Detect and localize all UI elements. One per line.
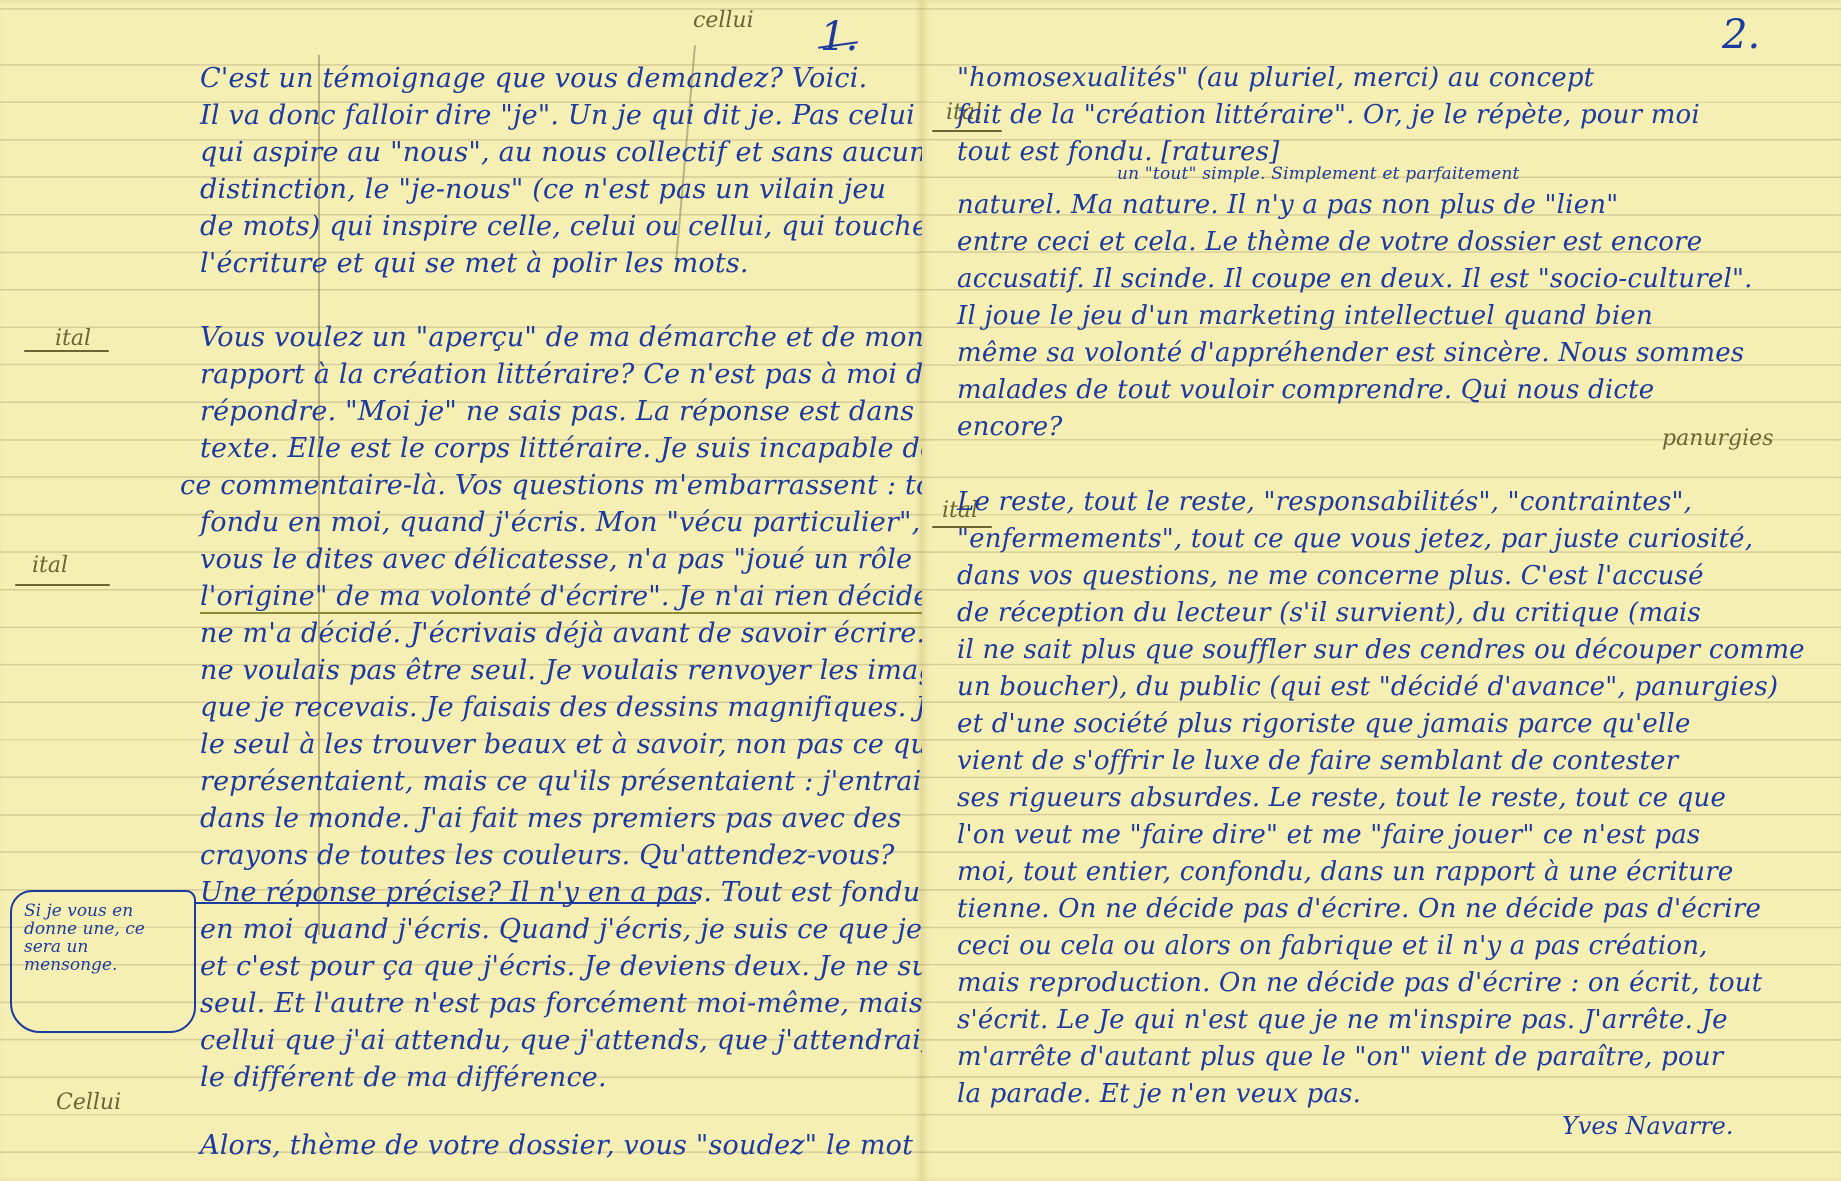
text-line: vous le dites avec délicatesse, n'a pas …: [200, 544, 922, 575]
text-line: même sa volonté d'appréhender est sincèr…: [957, 338, 1744, 368]
text-line: ce commentaire-là. Vos questions m'embar…: [180, 470, 922, 501]
text-line: et c'est pour ça que j'écris. Je deviens…: [200, 951, 922, 982]
text-line: ne m'a décidé. J'écrivais déjà avant de …: [200, 618, 922, 649]
text-line: s'écrit. Le Je qui n'est que je ne m'ins…: [957, 1005, 1728, 1035]
text-line: ses rigueurs absurdes. Le reste, tout le…: [957, 783, 1726, 813]
text-line: le différent de ma différence.: [200, 1062, 607, 1093]
letter-page-2: 2. ital ital panurgies "homosexualités" …: [922, 0, 1841, 1181]
text-line: ceci ou cela ou alors on fabrique et il …: [957, 931, 1708, 961]
signature: Yves Navarre.: [1562, 1112, 1734, 1140]
page-number: 1.: [820, 14, 858, 60]
text-line: entre ceci et cela. Le thème de votre do…: [957, 227, 1702, 257]
text-line: mais reproduction. On ne décide pas d'éc…: [957, 968, 1762, 998]
margin-note-ital: ital: [55, 326, 91, 351]
text-line: cellui que j'ai attendu, que j'attends, …: [200, 1025, 922, 1056]
text-line: répondre. "Moi je" ne sais pas. La répon…: [200, 396, 922, 427]
text-line-insertion: un "tout" simple. Simplement et parfaite…: [1117, 164, 1520, 184]
text-line: de mots) qui inspire celle, celui ou cel…: [200, 211, 922, 242]
annotation-cellui-top: cellui: [693, 8, 754, 33]
text-line: le seul à les trouver beaux et à savoir,…: [200, 729, 922, 760]
margin-note-ital: ital: [32, 553, 68, 578]
margin-note-cellui: Cellui: [56, 1090, 121, 1115]
text-line: l'écriture et qui se met à polir les mot…: [200, 248, 749, 279]
text-line: Le reste, tout le reste, "responsabilité…: [957, 487, 1692, 517]
text-line: texte. Elle est le corps littéraire. Je …: [200, 433, 922, 464]
text-line: tout est fondu. [ratures]: [957, 137, 1280, 167]
text-line: seul. Et l'autre n'est pas forcément moi…: [200, 988, 922, 1019]
text-line: la parade. Et je n'en veux pas.: [957, 1079, 1361, 1109]
text-line: et d'une société plus rigoriste que jama…: [957, 709, 1691, 739]
text-line: encore?: [957, 412, 1063, 442]
text-line: ne voulais pas être seul. Je voulais ren…: [200, 655, 922, 686]
text-line: l'on veut me "faire dire" et me "faire j…: [957, 820, 1700, 850]
margin-note-underline: [932, 130, 1002, 132]
text-line: que je recevais. Je faisais des dessins …: [200, 692, 922, 723]
text-line: représentaient, mais ce qu'ils présentai…: [200, 766, 922, 797]
side-note-box: Si je vous en donne une, ce sera un mens…: [10, 890, 196, 1033]
text-line: il ne sait plus que souffler sur des cen…: [957, 635, 1805, 665]
text-line: de réception du lecteur (s'il survient),…: [957, 598, 1701, 628]
text-line: "homosexualités" (au pluriel, merci) au …: [957, 63, 1594, 93]
text-line: rapport à la création littéraire? Ce n'e…: [200, 359, 922, 390]
side-note-text: Si je vous en donne une, ce sera un mens…: [24, 902, 174, 974]
text-line: distinction, le "je-nous" (ce n'est pas …: [200, 174, 886, 205]
text-line: accusatif. Il scinde. Il coupe en deux. …: [957, 264, 1753, 294]
text-line: Il joue le jeu d'un marketing intellectu…: [957, 301, 1653, 331]
text-line: Vous voulez un "aperçu" de ma démarche e…: [200, 322, 922, 353]
text-line: fondu en moi, quand j'écris. Mon "vécu p…: [200, 507, 922, 538]
text-line: C'est un témoignage que vous demandez? V…: [200, 63, 867, 94]
text-line: Il va donc falloir dire "je". Un je qui …: [200, 100, 915, 131]
text-line: qui aspire au "nous", au nous collectif …: [200, 137, 922, 168]
text-line: crayons de toutes les couleurs. Qu'atten…: [200, 840, 895, 871]
text-line: Une réponse précise? Il n'y en a pas. To…: [200, 877, 920, 908]
text-line: m'arrête d'autant plus que le "on" vient…: [957, 1042, 1723, 1072]
text-line: naturel. Ma nature. Il n'y a pas non plu…: [957, 190, 1618, 220]
text-line: tienne. On ne décide pas d'écrire. On ne…: [957, 894, 1761, 924]
text-line: moi, tout entier, confondu, dans un rapp…: [957, 857, 1733, 887]
margin-note-underline: [24, 350, 109, 352]
text-line: Alors, thème de votre dossier, vous "sou…: [200, 1130, 913, 1161]
text-line: un boucher), du public (qui est "décidé …: [957, 672, 1778, 702]
text-line: dans le monde. J'ai fait mes premiers pa…: [200, 803, 902, 834]
text-line: vient de s'offrir le luxe de faire sembl…: [957, 746, 1678, 776]
text-line: "enfermements", tout ce que vous jetez, …: [957, 524, 1753, 554]
text-line: malades de tout vouloir comprendre. Qui …: [957, 375, 1654, 405]
text-line: dans vos questions, ne me concerne plus.…: [957, 561, 1704, 591]
text-line: fait de la "création littéraire". Or, je…: [957, 100, 1700, 130]
letter-page-1: cellui 1. ital ital Cellui Si je vous en…: [0, 0, 922, 1181]
margin-note-underline: [15, 584, 110, 586]
text-line: l'origine" de ma volonté d'écrire". Je n…: [200, 581, 922, 614]
annotation-panurgies: panurgies: [1662, 426, 1773, 451]
page-number: 2.: [1722, 12, 1760, 58]
text-line: en moi quand j'écris. Quand j'écris, je …: [200, 914, 922, 945]
